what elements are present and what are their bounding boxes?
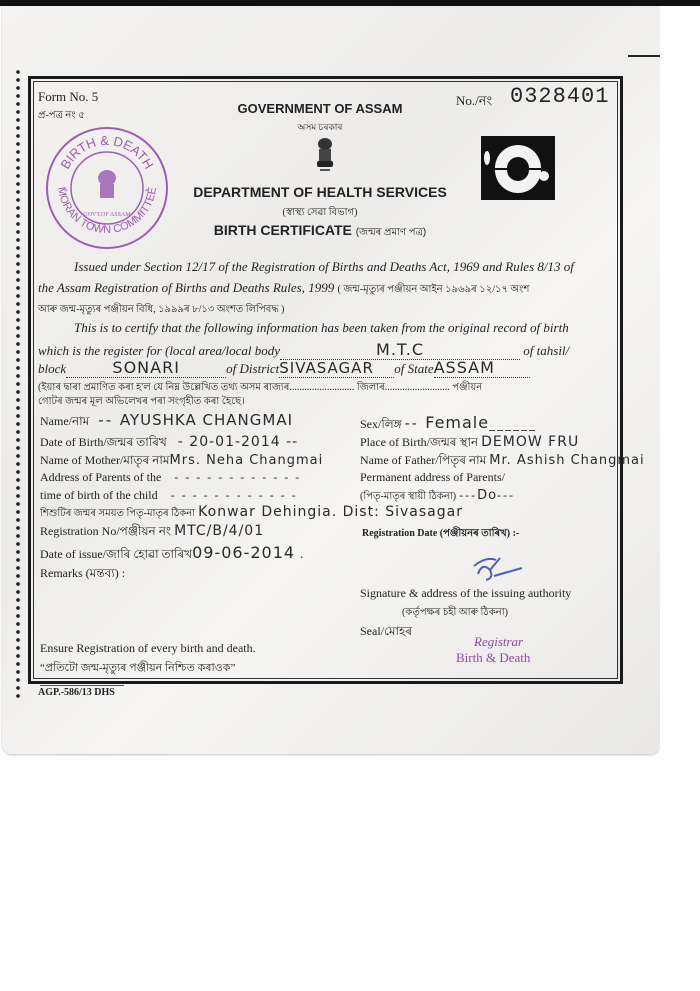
father-value: Mr. Ashish Changmai	[489, 453, 644, 468]
sex-value: Female	[425, 413, 489, 432]
ensure-registration-text-bn: “প্ৰতিটো জন্ম-মৃত্যুৰ পঞ্জীয়ন নিশ্চিত ক…	[40, 659, 235, 678]
svg-text:*: *	[64, 187, 68, 196]
certify-line-1: This is to certify that the following in…	[74, 320, 569, 336]
scan-margin	[660, 6, 700, 754]
name-value: AYUSHKA CHANGMAI	[120, 411, 293, 429]
mother-row: Name of Mother/মাতৃৰ নামMrs. Neha Changm…	[40, 452, 323, 472]
preamble-line-1: Issued under Section 12/17 of the Regist…	[74, 259, 574, 275]
national-emblem-icon	[314, 136, 336, 174]
perforation-dots	[15, 68, 21, 698]
preamble-line-2: the Assam Registration of Births and Dea…	[38, 280, 529, 299]
svg-text:*: *	[145, 187, 149, 196]
addr-birth-label-1: Address of Parents of the - - - - - - - …	[40, 470, 301, 485]
perm-addr-row: (পিতৃ-মাতৃৰ স্থায়ী ঠিকনা) ---Do---	[360, 488, 515, 506]
state-value: ASSAM	[434, 358, 495, 377]
reg-no-row: Registration No/পঞ্জীয়ন নং MTC/B/4/01	[40, 523, 264, 543]
fold-mark	[628, 55, 660, 57]
reg-date-label: Registration Date (পঞ্জীয়নৰ তাৰিখ) :-	[362, 526, 519, 543]
addr-birth-value: Konwar Dehingia. Dist: Sivasagar	[198, 504, 463, 520]
signature-label: Signature & address of the issuing autho…	[360, 586, 571, 601]
local-body-value: M.T.C	[376, 340, 424, 359]
agp-code: AGP.-586/13 DHS	[38, 687, 115, 698]
district-value: SIVASAGAR	[279, 359, 374, 377]
certificate-title-en: BIRTH CERTIFICATE	[214, 222, 352, 238]
certify-line-3: blockSONARIof DistrictSIVASAGARof StateA…	[38, 358, 530, 378]
seal-line-1: Registrar	[474, 634, 530, 650]
reg-no-value: MTC/B/4/01	[174, 523, 264, 539]
dob-value: 20-01-2014	[189, 434, 280, 450]
mother-value: Mrs. Neha Changmai	[170, 453, 324, 468]
dob-row: Date of Birth/জন্মৰ তাৰিখ - 20-01-2014 -…	[40, 434, 298, 454]
certify-bn-line-2: গোটৰ জন্মৰ মূল অভিলেখৰ পৰা সংগৃহীত কৰা হ…	[38, 394, 245, 411]
health-services-logo-icon	[481, 136, 555, 200]
addr-birth-row: শিশুটিৰ জন্মৰ সময়ত পিতৃ-মাতৃৰ ঠিকনা Kon…	[40, 504, 463, 523]
agp-underline	[40, 685, 124, 686]
pob-row: Place of Birth/জন্মৰ স্থান DEMOW FRU	[360, 434, 579, 454]
block-value: SONARI	[112, 358, 180, 377]
birth-death-registration-stamp: BIRTH & DEATH MORAN TOWN COMMITTEE GOVT.…	[44, 124, 170, 252]
seal-label: Seal/মোহৰ	[360, 623, 412, 643]
name-row: Name/নাম -- AYUSHKA CHANGMAI	[40, 411, 293, 433]
pob-value: DEMOW FRU	[481, 434, 579, 450]
certify-line-2: which is the register for (local area/lo…	[38, 340, 569, 360]
preamble-line-3-bn: আৰু জন্ম-মৃত্যুৰ পঞ্জীয়ন বিধি, ১৯৯৯ৰ ৮/…	[38, 302, 285, 319]
stamp-center-text: GOVT.OF ASSAM	[83, 212, 131, 218]
ensure-registration-text: Ensure Registration of every birth and d…	[40, 641, 256, 656]
sex-row: Sex/লিঙ্গ -- Female______	[360, 413, 537, 436]
seal-line-2: Birth & Death	[456, 650, 530, 666]
father-row: Name of Father/পিতৃৰ নাম Mr. Ashish Chan…	[360, 452, 645, 472]
issue-date-value: 09-06-2014	[192, 543, 295, 562]
government-heading: GOVERNMENT OF ASSAM	[0, 101, 640, 116]
certificate-title-bn: (জন্মৰ প্ৰমাণ পত্ৰ)	[356, 227, 426, 238]
remarks-label: Remarks (মন্তব্য) :	[40, 565, 125, 585]
signature-label-bn: (কৰ্তৃপক্ষৰ চহী আৰু ঠিকনা)	[402, 605, 508, 622]
perm-addr-label: Permanent address of Parents/	[360, 470, 505, 485]
addr-birth-label-2: time of birth of the child - - - - - - -…	[40, 488, 298, 503]
perm-addr-value: Do	[477, 488, 497, 503]
issue-date-row: Date of issue/জাৰি হোৱা তাৰিখ09-06-2014 …	[40, 543, 305, 566]
registrar-seal: Registrar Birth & Death	[456, 634, 530, 666]
